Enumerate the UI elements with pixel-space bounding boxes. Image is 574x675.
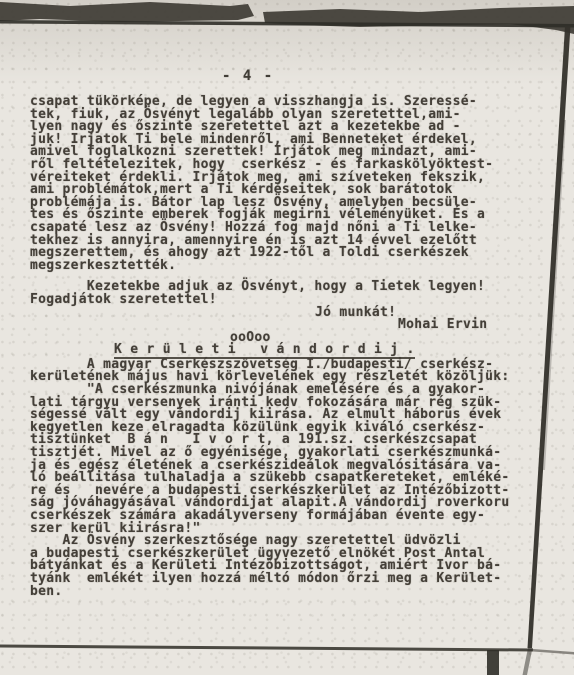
- scanned-document-page: - 4 - csapat tükörképe, de legyen a viss…: [0, 0, 574, 675]
- scan-right-edge: [528, 26, 571, 648]
- scan-top-edge-right: [263, 6, 574, 34]
- paragraph-circular-quote: A magyar Cserkészszövetség I./budapesti/…: [30, 359, 530, 535]
- page-number: - 4 -: [222, 68, 274, 84]
- paragraph-editorial: csapat tükörképe, de legyen a visszhangj…: [30, 96, 530, 272]
- document-body: csapat tükörképe, de legyen a visszhangj…: [30, 96, 530, 598]
- scan-top-rule: [0, 20, 574, 28]
- paragraph-greeting: Az Ösvény szerkesztősége nagy szeretette…: [30, 535, 530, 598]
- scan-corner-mark: [487, 650, 499, 675]
- scan-bottom-edge: [0, 645, 533, 652]
- paragraph-handover: Kezetekbe adjuk az Ösvényt, hogy a Tiete…: [30, 281, 530, 306]
- signature-name: Mohai Ervin: [398, 319, 530, 332]
- scan-top-edge-left: [0, 2, 254, 22]
